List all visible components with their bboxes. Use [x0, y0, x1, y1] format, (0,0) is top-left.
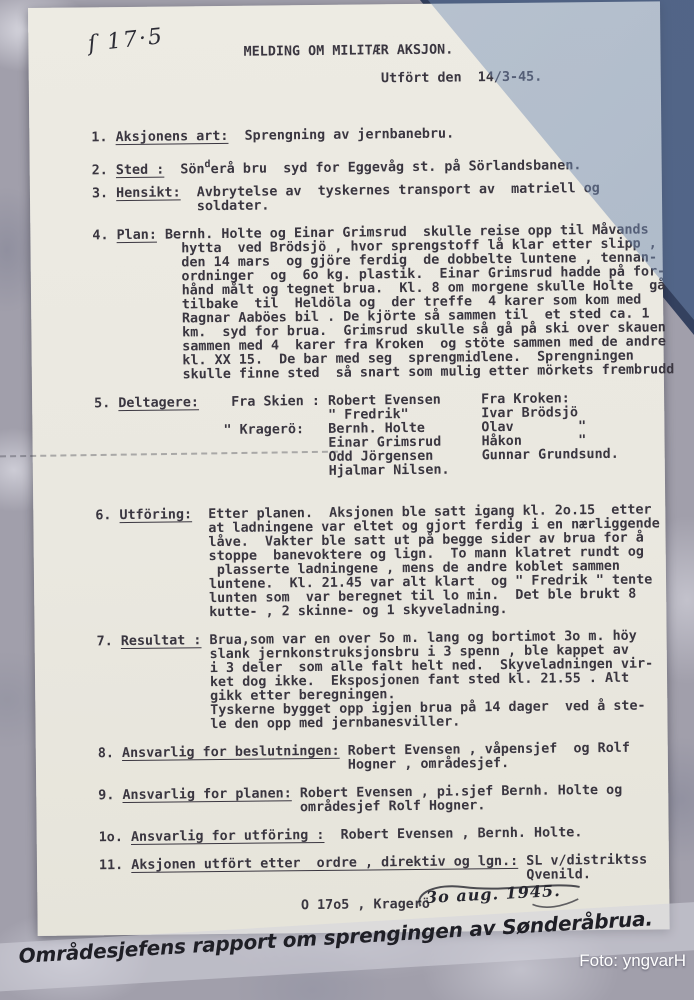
typed-lines: MELDING OM MILITÆR AKSJON. Utfört den 14… [90, 41, 665, 915]
photo-of-document: MELDING OM MILITÆR AKSJON. Utfört den 14… [0, 0, 694, 1000]
document-paper: MELDING OM MILITÆR AKSJON. Utfört den 14… [28, 1, 670, 936]
photo-credit: Foto: yngvarH [579, 951, 686, 971]
